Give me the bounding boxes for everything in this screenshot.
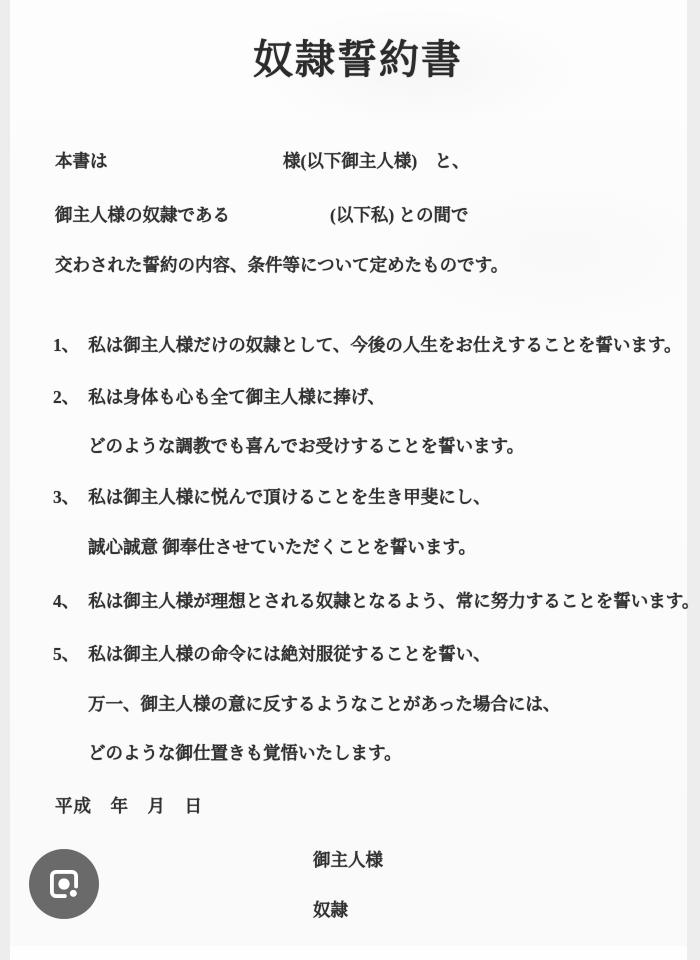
- clause-1-text: 私は御主人様だけの奴隷として、今後の人生をお仕えすることを誓います。: [88, 335, 681, 355]
- scan-edge-right: [687, 0, 700, 960]
- date-line: 平成 年 月 日: [55, 796, 203, 816]
- intro-line3: 交わされた誓約の内容、条件等について定めたものです。: [55, 255, 508, 275]
- clause-3-text: 私は御主人様に悦んで頂けることを生き甲斐にし、: [88, 487, 491, 507]
- intro-line2-right: (以下私) との間で: [330, 205, 469, 225]
- document-paper: [0, 0, 700, 960]
- google-lens-icon: [44, 864, 84, 904]
- google-lens-button[interactable]: [29, 849, 99, 919]
- clause-4: 4、私は御主人様が理想とされる奴隷となるよう、常に努力することを誓います。: [53, 591, 699, 611]
- clause-5-continuation-2: どのような御仕置きも覚悟いたします。: [88, 743, 402, 763]
- clause-4-text: 私は御主人様が理想とされる奴隷となるよう、常に努力することを誓います。: [88, 591, 699, 611]
- clause-5-number: 5、: [53, 644, 79, 664]
- clause-2-continuation: どのような調教でも喜んでお受けすることを誓います。: [88, 436, 524, 456]
- scan-edge-left: [0, 0, 10, 960]
- clause-3: 3、私は御主人様に悦んで頂けることを生き甲斐にし、: [53, 487, 491, 507]
- signature-master-label: 御主人様: [313, 850, 383, 870]
- clause-5-continuation-1: 万一、御主人様の意に反するようなことがあった場合には、: [88, 694, 560, 714]
- clause-3-continuation: 誠心誠意 御奉仕させていただくことを誓います。: [88, 537, 476, 557]
- image-viewer: 奴隷誓約書 本書は 様(以下御主人様) と、 御主人様の奴隷である (以下私) …: [0, 0, 700, 960]
- signature-slave-label: 奴隷: [313, 900, 348, 920]
- clause-1: 1、私は御主人様だけの奴隷として、今後の人生をお仕えすることを誓います。: [53, 335, 682, 355]
- clause-2-text: 私は身体も心も全て御主人様に捧げ、: [88, 387, 385, 407]
- intro-line2-left: 御主人様の奴隷である: [55, 205, 230, 225]
- clause-4-number: 4、: [53, 591, 79, 611]
- clause-2-number: 2、: [53, 387, 79, 407]
- intro-line1-left: 本書は: [55, 151, 108, 171]
- scan-edge-bottom: [10, 946, 687, 960]
- document-title: 奴隷誓約書: [0, 28, 700, 85]
- clause-3-number: 3、: [53, 487, 79, 507]
- clause-1-number: 1、: [53, 335, 79, 355]
- clause-5: 5、私は御主人様の命令には絶対服従することを誓い、: [53, 644, 491, 664]
- clause-2: 2、私は身体も心も全て御主人様に捧げ、: [53, 387, 385, 407]
- intro-line1-right: 様(以下御主人様) と、: [283, 151, 470, 171]
- clause-5-text: 私は御主人様の命令には絶対服従することを誓い、: [88, 644, 491, 664]
